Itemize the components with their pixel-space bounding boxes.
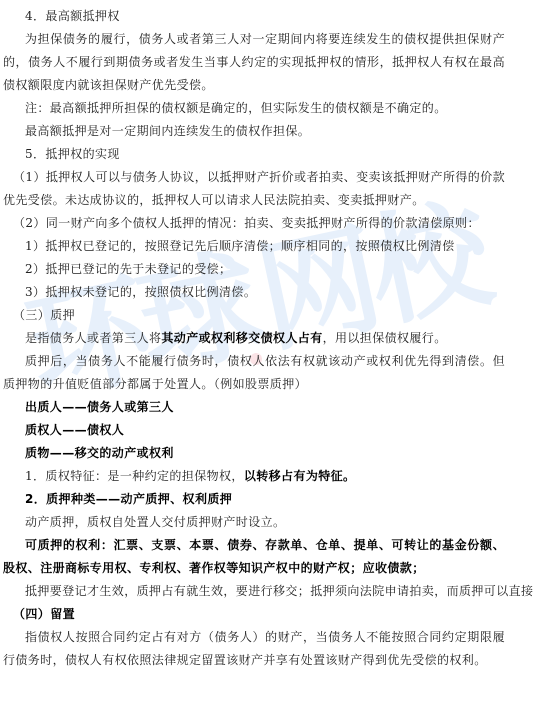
feature-text: 1．质权特征：是一种约定的担保物权，: [25, 469, 244, 483]
section-heading-lien: （四）留置: [3, 603, 505, 626]
paragraph-max-mortgage-summary: 最高额抵押是对一定期间内连续发生的债权作担保。: [3, 120, 505, 143]
pledge-def-text-1: 是指债务人或者第三人将: [25, 331, 161, 345]
paragraph-pledge-definition: 是指债务人或者第三人将其动产或权利移交债权人占有，用以担保债权履行。: [3, 327, 505, 350]
pledge-def-bold: 其动产或权利移交债权人占有: [161, 331, 322, 345]
paragraph-pledge-after: 质押后，当债务人不能履行债务时，债权人依法有权就该动产或权利优先得到清偿。但质押…: [3, 350, 505, 396]
paragraph-pledge-feature: 1．质权特征：是一种约定的担保物权，以转移占有为特征。: [3, 465, 505, 488]
paragraph-realization-1: （1）抵押权人可以与债务人协议，以抵押财产折价或者拍卖、变卖该抵押财产所得的价款…: [3, 166, 505, 212]
paragraph-lien-definition: 指债权人按照合同约定占有对方（债务人）的财产，当债务人不能按照合同约定期限履行债…: [3, 626, 505, 672]
section-heading-max-mortgage: 4．最高额抵押权: [3, 5, 505, 28]
term-pledgor: 出质人——债务人或第三人: [3, 396, 505, 419]
feature-bold: 以转移占有为特征。: [244, 469, 356, 483]
section-heading-pledge-types: 2．质押种类——动产质押、权利质押: [3, 488, 505, 511]
paragraph-pledgeable-rights: 可质押的权利：汇票、支票、本票、债券、存款单、仓单、提单、可转让的基金份额、股权…: [3, 534, 505, 580]
section-heading-mortgage-realization: 5．抵押权的实现: [3, 143, 505, 166]
paragraph-max-mortgage-definition: 为担保债务的履行，债务人或者第三人对一定期间内将要连续发生的债权提供担保财产的，…: [3, 28, 505, 97]
rule-item-1: 1）抵押权已登记的，按照登记先后顺序清偿；顺序相同的，按照债权比例清偿: [3, 235, 505, 258]
paragraph-max-mortgage-note: 注：最高额抵押所担保的债权额是确定的，但实际发生的债权额是不确定的。: [3, 97, 505, 120]
document-page: 4．最高额抵押权 为担保债务的履行，债务人或者第三人对一定期间内将要连续发生的债…: [3, 5, 505, 672]
rule-item-3: 3）抵押权未登记的，按照债权比例清偿。: [3, 281, 505, 304]
rule-item-2: 2）抵押已登记的先于未登记的受偿；: [3, 258, 505, 281]
pledge-def-text-2: ，用以担保债权履行。: [323, 331, 447, 345]
term-pledgee: 质权人——债权人: [3, 419, 505, 442]
paragraph-movable-pledge: 动产质押，质权自处置人交付质押财产时设立。: [3, 511, 505, 534]
paragraph-mortgage-vs-pledge: 抵押要登记才生效，质押占有就生效，要进行移交；抵押须向法院申请拍卖，而质押可以直…: [3, 580, 505, 603]
term-pledged-item: 质物——移交的动产或权利: [3, 442, 505, 465]
section-heading-pledge: （三）质押: [3, 304, 505, 327]
paragraph-realization-2: （2）同一财产向多个债权人抵押的情况：拍卖、变卖抵押财产所得的价款清偿原则：: [3, 212, 505, 235]
